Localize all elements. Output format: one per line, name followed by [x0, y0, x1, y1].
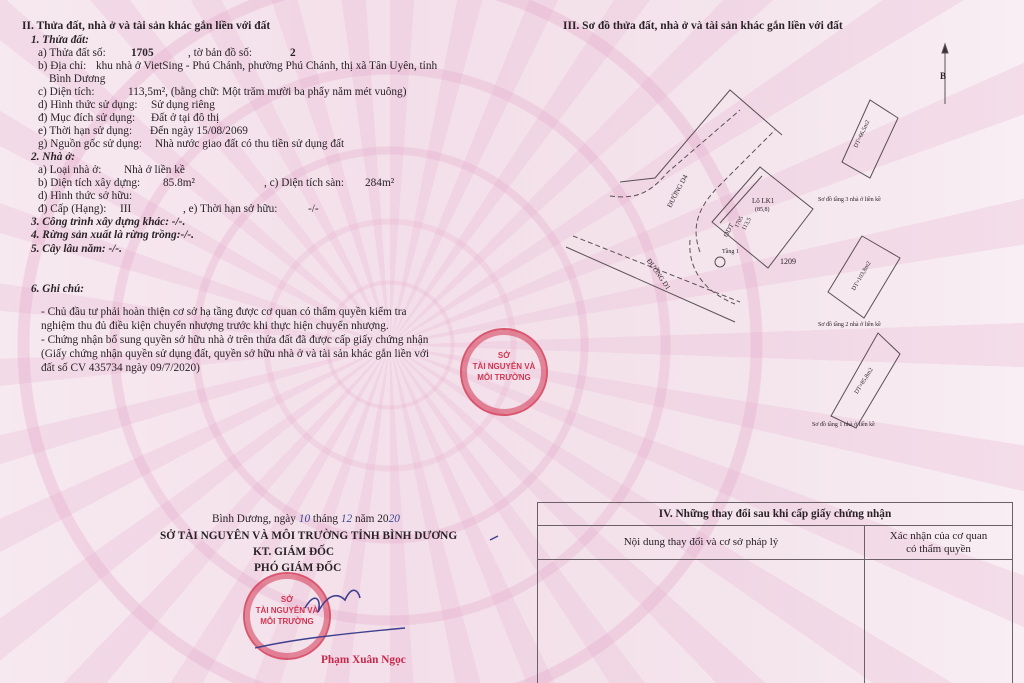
changes-content-header: Nội dung thay đổi và cơ sở pháp lý: [538, 526, 864, 560]
authority-header-line1: Xác nhận của cơ quan: [890, 530, 987, 543]
floor2-caption: Sơ đồ tầng 2 nhà ở liền kề: [818, 319, 881, 332]
floor1-caption: Sơ đồ tầng 1 nhà ở liền kề: [812, 419, 875, 432]
north-arrow-label: B: [940, 70, 946, 83]
section-iv-title: IV. Những thay đổi sau khi cấp giấy chứn…: [538, 503, 1012, 526]
floor3-caption: Sơ đồ tầng 3 nhà ở liền kề: [818, 194, 881, 207]
certificate-page: II. Thửa đất, nhà ở và tài sản khác gắn …: [0, 0, 1024, 683]
authority-header-line2: có thẩm quyền: [906, 543, 971, 556]
authority-confirmation-header: Xác nhận của cơ quan có thẩm quyền: [865, 526, 1012, 560]
authority-confirmation-column: Xác nhận của cơ quan có thẩm quyền: [865, 526, 1012, 683]
changes-table: IV. Những thay đổi sau khi cấp giấy chứn…: [537, 502, 1013, 683]
changes-content-column: Nội dung thay đổi và cơ sở pháp lý: [538, 526, 865, 683]
neighbor-parcel-label: 1209: [780, 255, 796, 268]
lot-area-label: (85,8): [755, 204, 770, 217]
floor1-label: Tầng 1: [722, 246, 739, 259]
